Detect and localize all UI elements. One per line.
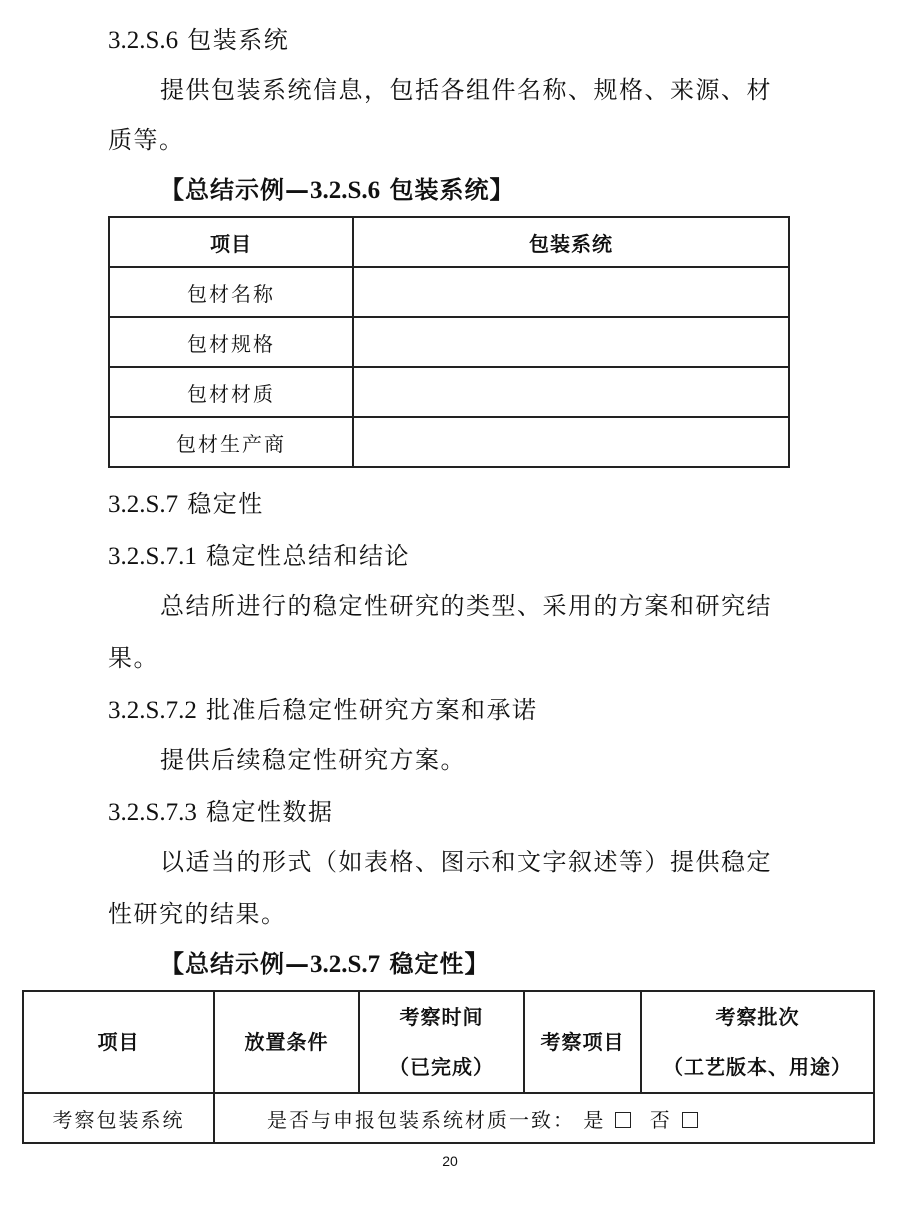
header-study-batches: 考察批次 （工艺版本、用途） [641, 991, 874, 1093]
section-heading-3-2-s-7-1: 3.2.S.7.1 稳定性总结和结论 [108, 530, 410, 582]
paragraph: 提供后续稳定性研究方案。 [160, 734, 466, 786]
section-title: 稳定性总结和结论 [206, 542, 410, 570]
header-label: 考察批次 [642, 992, 873, 1042]
table-header-row: 项目 包装系统 [109, 217, 789, 267]
table-row: 包材生产商 [109, 417, 789, 467]
caption-title: 稳定性】 [380, 949, 489, 978]
section-heading-3-2-s-7-2: 3.2.S.7.2 批准后稳定性研究方案和承诺 [108, 684, 538, 736]
row-value-cell[interactable] [353, 267, 789, 317]
header-sublabel: （工艺版本、用途） [642, 1042, 873, 1092]
section-number: 3.2.S.7.3 [108, 799, 197, 826]
no-label: 否 [650, 1108, 672, 1132]
section-title: 批准后稳定性研究方案和承诺 [206, 696, 538, 724]
table-caption-stability: 【总结示例—3.2.S.7 稳定性】 [160, 938, 490, 990]
section-heading-3-2-s-7-3: 3.2.S.7.3 稳定性数据 [108, 786, 334, 838]
paragraph: 总结所进行的稳定性研究的类型、采用的方案和研究结 [160, 580, 772, 632]
section-title: 包装系统 [187, 26, 289, 54]
row-label: 考察包装系统 [23, 1093, 214, 1143]
section-heading-3-2-s-7: 3.2.S.7 稳定性 [108, 478, 264, 530]
caption-prefix: 【总结示例— [160, 949, 310, 978]
yes-checkbox[interactable] [615, 1112, 631, 1128]
header-label: 考察项目 [541, 1030, 625, 1054]
header-label: 放置条件 [245, 1030, 329, 1054]
table-caption-packaging: 【总结示例—3.2.S.6 包装系统】 [160, 164, 515, 216]
row-label: 包材材质 [109, 367, 353, 417]
header-label: 考察时间 [360, 992, 523, 1042]
page-number: 20 [0, 1153, 900, 1169]
packaging-system-table: 项目 包装系统 包材名称 包材规格 包材材质 包材生产商 [108, 216, 790, 468]
row-value-cell[interactable] [353, 417, 789, 467]
caption-number: 3.2.S.7 [310, 951, 380, 978]
header-item: 项目 [109, 217, 353, 267]
section-title: 稳定性 [187, 490, 264, 518]
paragraph: 以适当的形式（如表格、图示和文字叙述等）提供稳定 [160, 836, 772, 888]
table-row: 包材规格 [109, 317, 789, 367]
yes-label: 是 [583, 1108, 605, 1132]
header-item: 项目 [23, 991, 214, 1093]
paragraph-continuation: 果。 [108, 632, 159, 684]
header-label: 项目 [98, 1030, 140, 1054]
packaging-consistency-question: 是否与申报包装系统材质一致： 是 否 [214, 1093, 874, 1143]
table-header-row: 项目 放置条件 考察时间 （已完成） 考察项目 考察批次 （工艺版本、用途） [23, 991, 874, 1093]
header-study-time: 考察时间 （已完成） [359, 991, 524, 1093]
caption-prefix: 【总结示例— [160, 175, 310, 204]
row-value-cell[interactable] [353, 317, 789, 367]
stability-table: 项目 放置条件 考察时间 （已完成） 考察项目 考察批次 （工艺版本、用途） 考… [22, 990, 875, 1144]
row-label: 包材规格 [109, 317, 353, 367]
header-storage-conditions: 放置条件 [214, 991, 359, 1093]
row-value-cell[interactable] [353, 367, 789, 417]
no-checkbox[interactable] [682, 1112, 698, 1128]
section-number: 3.2.S.7.2 [108, 697, 197, 724]
caption-title: 包装系统】 [380, 175, 514, 204]
section-heading-3-2-s-6: 3.2.S.6 包装系统 [108, 14, 289, 66]
paragraph: 提供包装系统信息，包括各组件名称、规格、来源、材 [160, 64, 772, 116]
section-title: 稳定性数据 [206, 798, 334, 826]
question-text: 是否与申报包装系统材质一致： [267, 1108, 575, 1132]
row-label: 包材名称 [109, 267, 353, 317]
row-label: 包材生产商 [109, 417, 353, 467]
header-packaging-system: 包装系统 [353, 217, 789, 267]
table-row: 包材名称 [109, 267, 789, 317]
header-sublabel: （已完成） [360, 1042, 523, 1092]
paragraph-continuation: 质等。 [108, 114, 185, 166]
table-row: 包材材质 [109, 367, 789, 417]
header-study-items: 考察项目 [524, 991, 641, 1093]
caption-number: 3.2.S.6 [310, 177, 380, 204]
section-number: 3.2.S.7 [108, 491, 178, 518]
paragraph-continuation: 性研究的结果。 [108, 888, 287, 940]
section-number: 3.2.S.7.1 [108, 543, 197, 570]
table-row: 考察包装系统 是否与申报包装系统材质一致： 是 否 [23, 1093, 874, 1143]
section-number: 3.2.S.6 [108, 27, 178, 54]
